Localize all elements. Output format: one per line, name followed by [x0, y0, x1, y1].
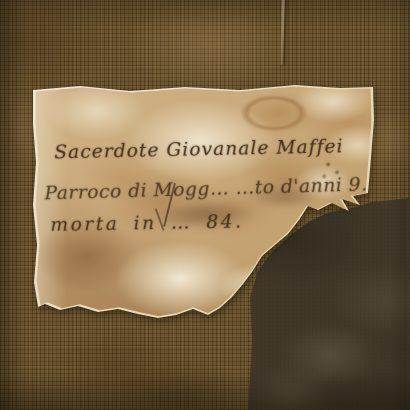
handwriting-line-1: Sacerdote Giovanale Maffei	[54, 136, 344, 164]
paper-surface: Sacerdote Giovanale Maffei Parroco di Mo…	[33, 84, 376, 320]
photo-canvas-back: Sacerdote Giovanale Maffei Parroco di Mo…	[0, 0, 410, 410]
handwriting-line-3: morta in … 84.	[50, 211, 244, 236]
paper-label: Sacerdote Giovanale Maffei Parroco di Mo…	[30, 82, 378, 322]
paper-label-shadow: Sacerdote Giovanale Maffei Parroco di Mo…	[30, 82, 378, 322]
